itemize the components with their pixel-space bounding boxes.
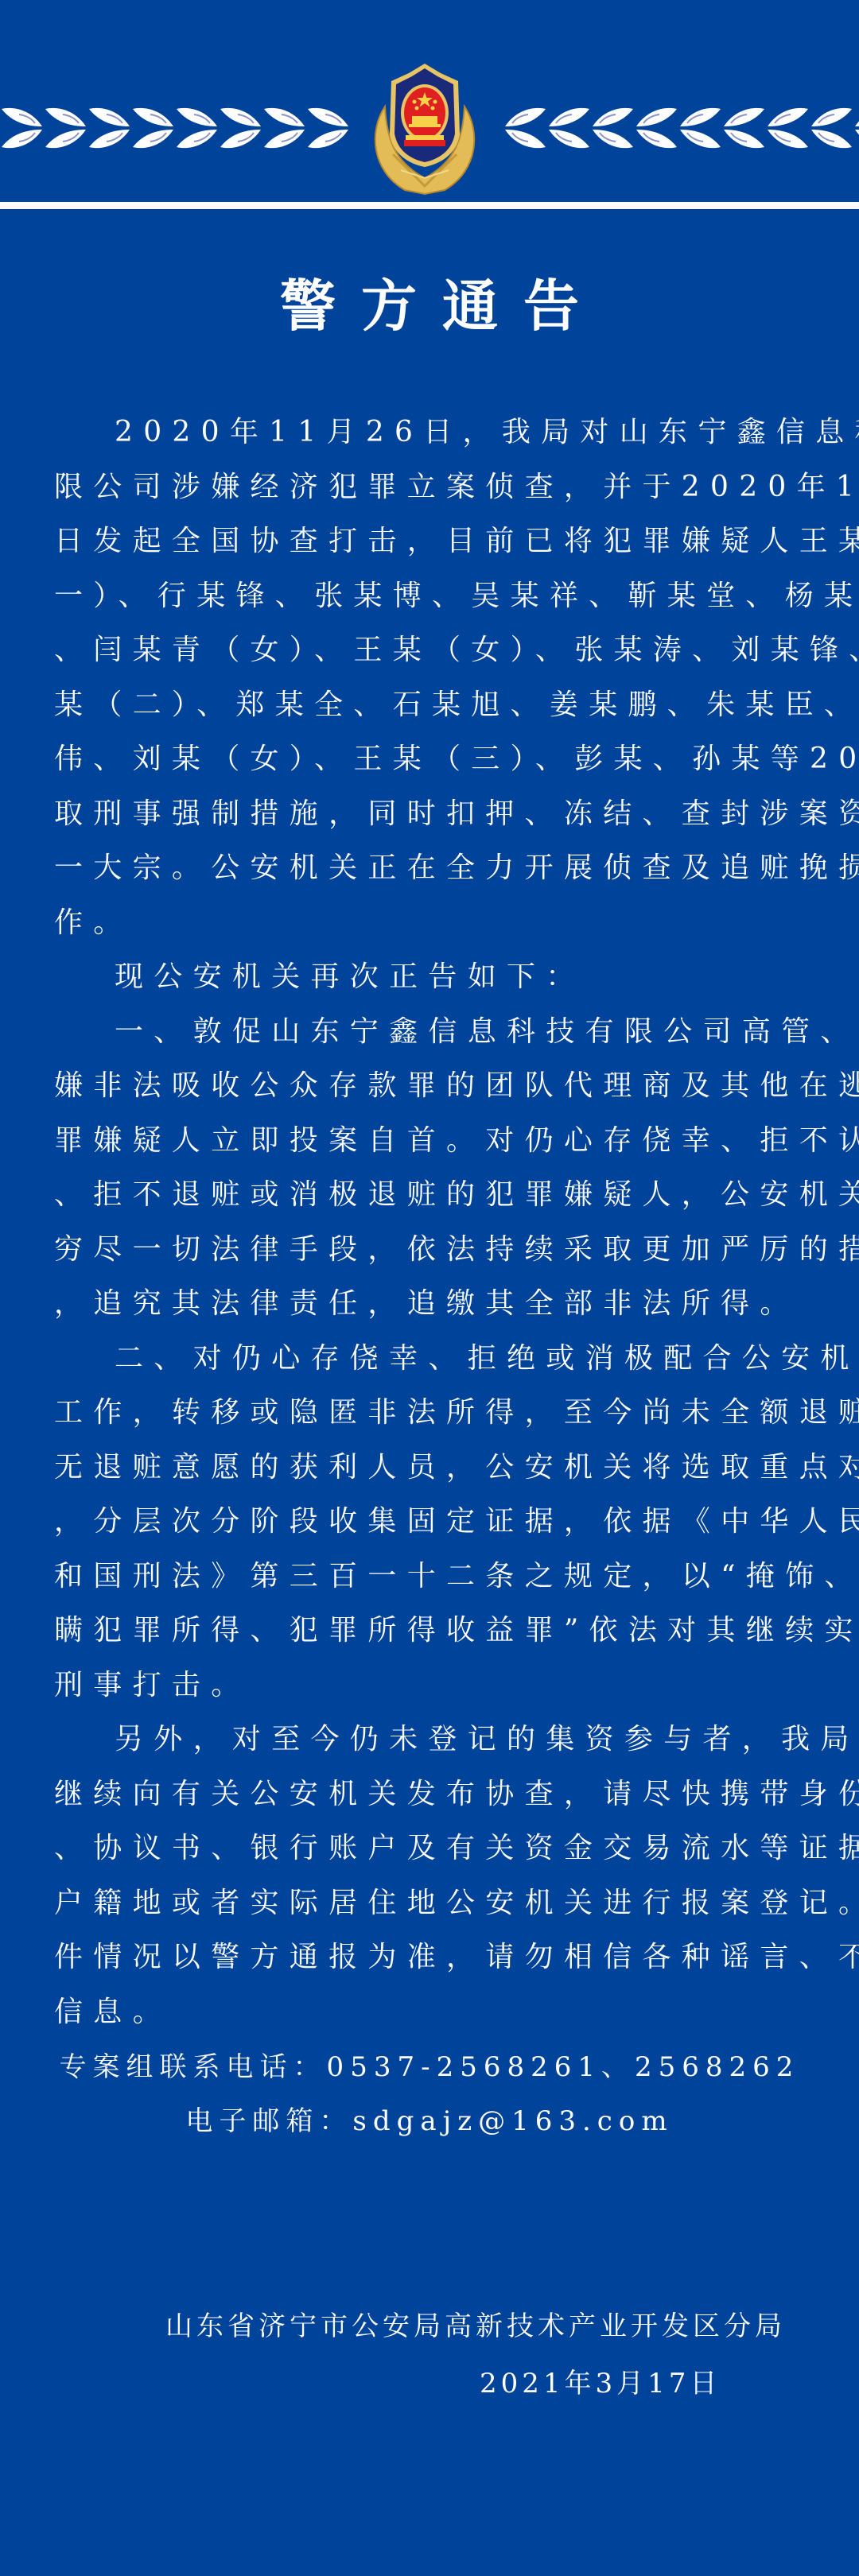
wheat-leaf-icon xyxy=(44,106,87,150)
paragraph-line: 继续向有关公安机关发布协查，请尽快携带身份证 xyxy=(54,1767,810,1822)
paragraph-line: 信息。 xyxy=(54,1985,810,2040)
wheat-leaf-icon xyxy=(722,106,766,150)
paragraph-first-line: 现公安机关再次正告如下： xyxy=(54,950,810,1005)
paragraph-line: ，追究其法律责任，追缴其全部非法所得。 xyxy=(54,1277,810,1332)
paragraph-line: 工作，转移或隐匿非法所得，至今尚未全额退赃且 xyxy=(54,1386,810,1441)
paragraph-first-line: 2020年11月26日，我局对山东宁鑫信息科技有 xyxy=(54,405,810,460)
paragraph-first-line: 二、对仍心存侥幸、拒绝或消极配合公安机关 xyxy=(54,1332,810,1387)
wheat-leaf-icon xyxy=(175,106,219,150)
wheat-ears-left xyxy=(0,106,354,150)
police-emblem-icon xyxy=(361,59,488,196)
issuer-name: 山东省济宁市公安局高新技术产业开发区分局 xyxy=(165,2304,786,2343)
wheat-leaf-icon xyxy=(219,106,262,150)
paragraph-first-line: 另外，对至今仍未登记的集资参与者，我局将 xyxy=(54,1713,810,1767)
wheat-leaf-icon xyxy=(853,106,859,150)
contact-phone: 专案组联系电话：0537-2568261、2568262 xyxy=(0,2045,859,2084)
paragraph-line: 瞒犯罪所得、犯罪所得收益罪”依法对其继续实施 xyxy=(54,1604,810,1658)
paragraph-line: 一）、行某锋、张某博、吴某祥、靳某堂、杨某会 xyxy=(54,569,810,624)
paragraph-line: 某（二）、郑某全、石某旭、姜某鹏、朱某臣、薛某 xyxy=(54,678,810,733)
paragraph-line: 罪嫌疑人立即投案自首。对仍心存侥幸、拒不认罪 xyxy=(54,1114,810,1169)
issue-date: 2021年3月17日 xyxy=(480,2361,721,2400)
paragraph-line: 无退赃意愿的获利人员，公安机关将选取重点对象 xyxy=(54,1441,810,1496)
paragraph-line: 刑事打击。 xyxy=(54,1658,810,1713)
wheat-leaf-icon xyxy=(547,106,591,150)
wheat-leaf-icon xyxy=(810,106,853,150)
wheat-leaf-icon xyxy=(591,106,635,150)
wheat-leaf-icon xyxy=(131,106,175,150)
wheat-leaf-icon xyxy=(635,106,678,150)
paragraph-line: 、协议书、银行账户及有关资金交易流水等证据到 xyxy=(54,1821,810,1876)
page-title: 警方通告 xyxy=(0,270,859,342)
paragraph-first-line: 一、敦促山东宁鑫信息科技有限公司高管、涉 xyxy=(54,1005,810,1060)
paragraph-line: 嫌非法吸收公众存款罪的团队代理商及其他在逃犯 xyxy=(54,1059,810,1114)
wheat-leaf-icon xyxy=(766,106,810,150)
paragraph-line: 、拒不退赃或消极退赃的犯罪嫌疑人，公安机关将 xyxy=(54,1168,810,1223)
paragraph-line: 取刑事强制措施，同时扣押、冻结、查封涉案资产 xyxy=(54,787,810,842)
paragraph-line: 一大宗。公安机关正在全力开展侦查及追赃挽损工 xyxy=(54,841,810,896)
paragraph-line: ，分层次分阶段收集固定证据，依据《中华人民共 xyxy=(54,1495,810,1550)
paragraph-line: 日发起全国协查打击，目前已将犯罪嫌疑人王某（ xyxy=(54,514,810,569)
notice-body: 2020年11月26日，我局对山东宁鑫信息科技有限公司涉嫌经济犯罪立案侦查，并于… xyxy=(54,405,810,2039)
paragraph-line: 和国刑法》第三百一十二条之规定，以“掩饰、隐 xyxy=(54,1550,810,1604)
wheat-leaf-icon xyxy=(503,106,547,150)
paragraph-line: 伟、刘某（女）、王某（三）、彭某、孙某等20人采 xyxy=(54,732,810,787)
header-banner xyxy=(0,0,859,215)
header-divider xyxy=(0,202,859,209)
wheat-ears-right xyxy=(503,106,859,150)
paragraph-line: 穷尽一切法律手段，依法持续采取更加严厉的措施 xyxy=(54,1223,810,1278)
paragraph-line: 限公司涉嫌经济犯罪立案侦查，并于2020年12月31 xyxy=(54,460,810,515)
paragraph-line: 户籍地或者实际居住地公安机关进行报案登记。案 xyxy=(54,1876,810,1931)
contact-email: 电子邮箱：sdgajz@163.com xyxy=(0,2099,859,2138)
paragraph-line: 件情况以警方通报为准，请勿相信各种谣言、不实 xyxy=(54,1930,810,1985)
wheat-leaf-icon xyxy=(306,106,350,150)
wheat-leaf-icon xyxy=(262,106,306,150)
paragraph-line: 作。 xyxy=(54,896,810,951)
paragraph-line: 、闫某青（女）、王某（女）、张某涛、刘某锋、王 xyxy=(54,623,810,678)
wheat-leaf-icon xyxy=(87,106,131,150)
wheat-leaf-icon xyxy=(0,106,44,150)
wheat-leaf-icon xyxy=(678,106,722,150)
